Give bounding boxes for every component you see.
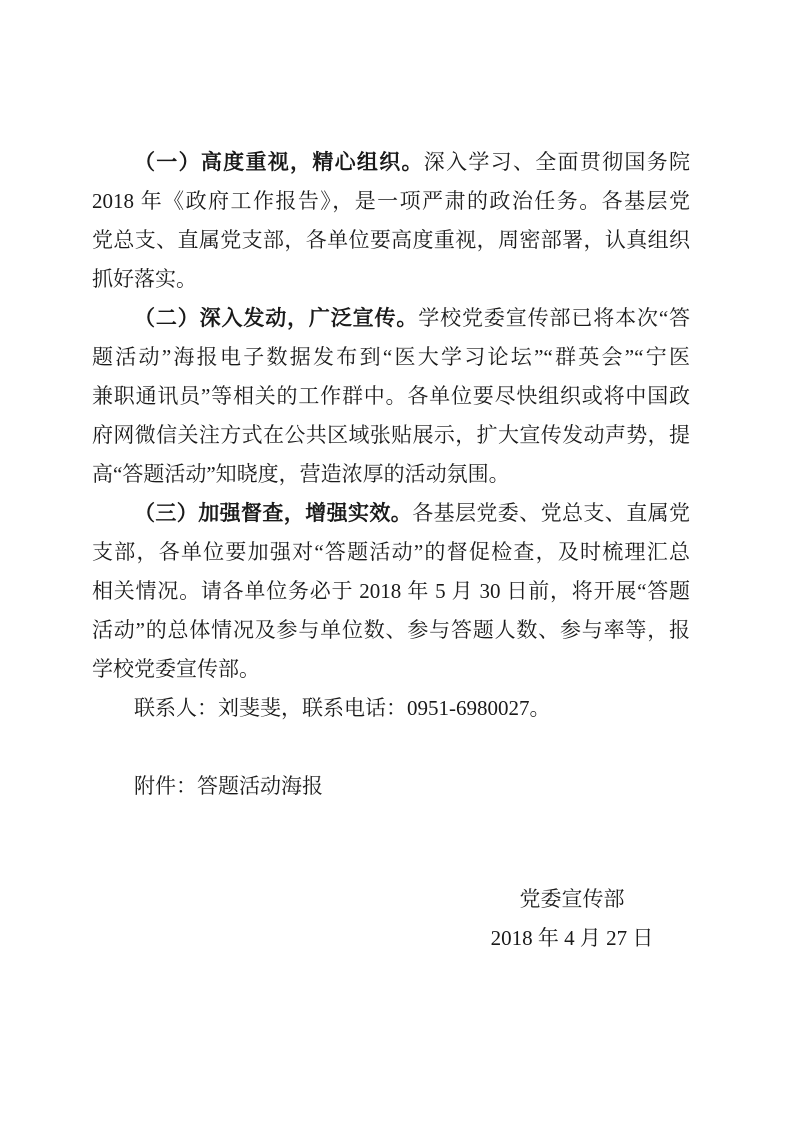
para1-bold-lead: （一）高度重视，精心组织。: [134, 150, 424, 174]
para3-line4: 活动”的总体情况及参与单位数、参与答题人数、参与率等，报: [92, 611, 690, 650]
para3-line2: 支部，各单位要加强对“答题活动”的督促检查，及时梳理汇总: [92, 533, 690, 572]
para3-line1-text: 各基层党委、党总支、直属党: [412, 501, 690, 525]
para1-line4: 抓好落实。: [92, 260, 690, 299]
para2-line1-text: 学校党委宣传部已将本次“答: [418, 306, 690, 330]
attachment-line: 附件：答题活动海报: [92, 767, 690, 806]
para1-line1: （一）高度重视，精心组织。深入学习、全面贯彻国务院: [92, 143, 690, 182]
para3-line5: 学校党委宣传部。: [92, 650, 690, 689]
para1-line3: 党总支、直属党支部，各单位要高度重视，周密部署，认真组织: [92, 221, 690, 260]
para1-line1-text: 深入学习、全面贯彻国务院: [424, 150, 690, 174]
para3-line3: 相关情况。请各单位务必于 2018 年 5 月 30 日前，将开展“答题: [92, 572, 690, 611]
para1-line2: 2018 年《政府工作报告》，是一项严肃的政治任务。各基层党委、: [92, 182, 690, 221]
para3-bold-lead: （三）加强督查，增强实效。: [134, 501, 412, 525]
contact-line: 联系人：刘斐斐，联系电话：0951-6980027。: [92, 689, 690, 728]
document-page: （一）高度重视，精心组织。深入学习、全面贯彻国务院 2018 年《政府工作报告》…: [0, 0, 793, 1122]
para3-line1: （三）加强督查，增强实效。各基层党委、党总支、直属党: [92, 494, 690, 533]
signature-block: 党委宣传部 2018 年 4 月 27 日: [452, 880, 692, 958]
para2-line5: 高“答题活动”知晓度，营造浓厚的活动氛围。: [92, 455, 690, 494]
para2-line2: 题活动”海报电子数据发布到“医大学习论坛”“群英会”“宁医: [92, 338, 690, 377]
para2-line4: 府网微信关注方式在公共区域张贴展示，扩大宣传发动声势，提: [92, 416, 690, 455]
document-body: （一）高度重视，精心组织。深入学习、全面贯彻国务院 2018 年《政府工作报告》…: [92, 143, 690, 806]
signature-department: 党委宣传部: [452, 880, 692, 919]
signature-date: 2018 年 4 月 27 日: [452, 919, 692, 958]
para2-line3: 兼职通讯员”等相关的工作群中。各单位要尽快组织或将中国政: [92, 377, 690, 416]
para2-bold-lead: （二）深入发动，广泛宣传。: [134, 306, 418, 330]
para2-line1: （二）深入发动，广泛宣传。学校党委宣传部已将本次“答: [92, 299, 690, 338]
